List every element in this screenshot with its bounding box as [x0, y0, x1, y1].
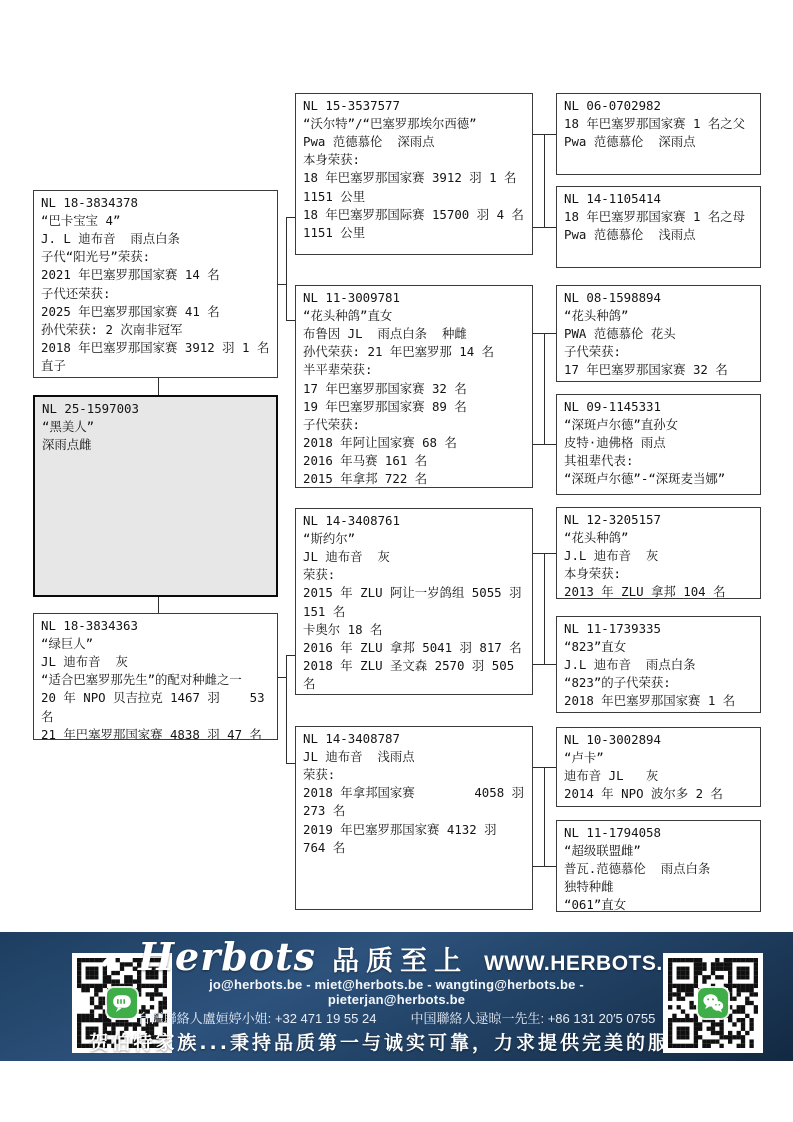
pedigree-text-line: 1151 公里 — [303, 188, 525, 206]
pedigree-text-line: J.L 迪布音 灰 — [564, 547, 753, 565]
ring-number: NL 11-1794058 — [564, 824, 753, 842]
pedigree-text-line: 18 年巴塞罗那国家赛 1 名之父 — [564, 115, 753, 133]
pedigree-text-line: 子代荣获: — [564, 343, 753, 361]
pedigree-text-line: 荣获: — [303, 766, 525, 784]
pedigree-text-line: “深斑卢尔德”-“深斑麦当娜” — [564, 470, 753, 488]
pedigree-text-line: “823”直女 — [564, 638, 753, 656]
pedigree-text-line: “巴卡宝宝 4” — [41, 212, 270, 230]
pedigree-text-line: 子代荣获: — [303, 416, 525, 434]
pedigree-text-line: 2018 年拿邦国家赛 4058 羽 273 名 — [303, 784, 525, 820]
pedigree-text-line: “823”的子代荣获: — [564, 674, 753, 692]
connector-line — [533, 227, 556, 228]
pedigree-text-line: 1151 公里 — [303, 224, 525, 242]
connector-line — [544, 134, 545, 228]
pedigree-text-line: 孙代荣获: 2 次南非冠军 — [41, 321, 270, 339]
connector-line — [533, 134, 556, 135]
ring-number: NL 09-1145331 — [564, 398, 753, 416]
pedigree-text-line: J. L 迪布音 雨点白条 — [41, 230, 270, 248]
pedigree-text-line: 2021 年巴塞罗那国家赛 14 名 — [41, 266, 270, 284]
ring-number: NL 08-1598894 — [564, 289, 753, 307]
footer-banner: Herbots 品质至上 WWW.HERBOTS.BE jo@herbots.b… — [0, 932, 793, 1061]
pedigree-box-sd-sire: NL 08-1598894“花头种鸽”PWA 范德慕伦 花头子代荣获:17 年巴… — [556, 285, 761, 382]
ring-number: NL 15-3537577 — [303, 97, 525, 115]
connector-line — [286, 763, 295, 764]
pedigree-text-line: 18 年巴塞罗那国际赛 15700 羽 4 名 — [303, 206, 525, 224]
connector-line — [286, 655, 287, 764]
pedigree-box-sd-dam: NL 09-1145331“深斑卢尔德”直孙女皮特·迪佛格 雨点其祖辈代表:“深… — [556, 394, 761, 495]
pedigree-text-line: Pwa 范德慕伦 深雨点 — [564, 133, 753, 151]
tagline-text: 品质至上 — [332, 948, 468, 975]
connector-line — [533, 767, 556, 768]
pedigree-text-line: 19 年巴塞罗那国家赛 89 名 — [303, 398, 525, 416]
footer-center: Herbots 品质至上 WWW.HERBOTS.BE jo@herbots.b… — [178, 938, 615, 1055]
contact-taiwan: 台灣聯絡人盧姮婷小姐: +32 471 19 55 24 — [138, 1008, 377, 1027]
pedigree-text-line: PWA 范德慕伦 花头 — [564, 325, 753, 343]
ring-number: NL 11-3009781 — [303, 289, 525, 307]
pedigree-text-line: 2019 年巴塞罗那国家赛 4132 羽 764 名 — [303, 821, 525, 857]
pedigree-text-line: 其祖辈代表: — [564, 452, 753, 470]
pedigree-text-line: 皮特·迪佛格 雨点 — [564, 434, 753, 452]
pedigree-text-line: 孙代荣获: 21 年巴塞罗那 14 名 — [303, 343, 525, 361]
pedigree-box-dd-sire: NL 10-3002894“卢卡”迪布音 JL 灰2014 年 NPO 波尔多 … — [556, 727, 761, 807]
pedigree-box-ss-dam: NL 14-110541418 年巴塞罗那国家赛 1 名之母Pwa 范德慕伦 浅… — [556, 186, 761, 268]
pedigree-text-line: 2018 年 ZLU 圣文森 2570 羽 505 名 — [303, 657, 525, 693]
ring-number: NL 14-1105414 — [564, 190, 753, 208]
pedigree-text-line: 2018 年巴塞罗那国家赛 3912 羽 1 名直子 — [41, 339, 270, 375]
brand-row: Herbots 品质至上 WWW.HERBOTS.BE — [100, 938, 693, 976]
pedigree-box-sire-sire: NL 15-3537577“沃尔特”/“巴塞罗那埃尔西德”Pwa 范德慕伦 深雨… — [295, 93, 533, 255]
pedigree-text-line: J.L 迪布音 雨点白条 — [564, 656, 753, 674]
pedigree-box-ds-sire: NL 12-3205157“花头种鸽”J.L 迪布音 灰本身荣获:2013 年 … — [556, 507, 761, 599]
pedigree-text-line: JL 迪布音 灰 — [41, 653, 270, 671]
pedigree-text-line: 波品纳 3778 羽 52 名 — [303, 693, 525, 695]
email-links[interactable]: jo@herbots.be - miet@herbots.be - wangti… — [178, 977, 615, 1007]
wechat-icon — [698, 988, 728, 1018]
ring-number: NL 06-0702982 — [564, 97, 753, 115]
pedigree-text-line: 17 年巴塞罗那国家赛 32 名 — [564, 361, 753, 379]
pedigree-text-line: 2016 年马赛 161 名 — [303, 452, 525, 470]
connector-line — [286, 217, 287, 321]
connector-line — [278, 677, 286, 678]
pedigree-text-line: “适合巴塞罗那先生”的配对种雌之一 — [41, 671, 270, 689]
pedigree-text-line: “卢卡” — [564, 749, 753, 767]
pedigree-text-line: Pwa 范德慕伦 浅雨点 — [564, 226, 753, 244]
pedigree-box-dam-sire: NL 14-3408761“斯约尔”JL 迪布音 灰荣获:2015 年 ZLU … — [295, 508, 533, 695]
pedigree-box-sire-dam: NL 11-3009781“花头种鸽”直女布鲁因 JL 雨点白条 种雌孙代荣获:… — [295, 285, 533, 488]
connector-line — [278, 284, 286, 285]
pedigree-text-line: “花头种鸽” — [564, 307, 753, 325]
connector-line — [544, 767, 545, 867]
pedigree-text-line: “花头种鸽”直女 — [303, 307, 525, 325]
bird-swash-icon — [100, 952, 128, 972]
pedigree-page: NL 18-3834378“巴卡宝宝 4”J. L 迪布音 雨点白条子代“阳光号… — [0, 0, 793, 1122]
pedigree-text-line: “061”直女 — [564, 896, 753, 912]
pedigree-text-line: 18 年巴塞罗那国家赛 3912 羽 1 名 — [303, 169, 525, 187]
contact-china: 中国聯絡人逯晾一先生: +86 131 20′5 0755 — [410, 1008, 655, 1027]
pedigree-text-line: 独特种雌 — [564, 878, 753, 896]
connector-line — [158, 378, 159, 395]
pedigree-text-line: “深斑卢尔德”直孙女 — [564, 416, 753, 434]
slogan-text: 贺伯特家族...秉持品质第一与诚实可靠，力求提供完美的服务! — [89, 1028, 703, 1055]
pedigree-text-line: 迪布音 JL 灰 — [564, 767, 753, 785]
connector-line — [533, 553, 556, 554]
connector-line — [533, 444, 556, 445]
ring-number: NL 18-3834378 — [41, 194, 270, 212]
connector-line — [533, 333, 556, 334]
connector-line — [533, 664, 556, 665]
ring-number: NL 11-1739335 — [564, 620, 753, 638]
pedigree-text-line: 普瓦.范德慕伦 雨点白条 — [564, 860, 753, 878]
pedigree-text-line: 2014 年 NPO 波尔多 2 名 — [564, 785, 753, 803]
pedigree-text-line: “花头种鸽” — [564, 529, 753, 547]
pedigree-box-dam-dam: NL 14-3408787JL 迪布音 浅雨点荣获:2018 年拿邦国家赛 40… — [295, 726, 533, 910]
ring-number: NL 25-1597003 — [42, 400, 269, 418]
pedigree-text-line: 本身荣获: — [564, 565, 753, 583]
connector-line — [286, 655, 295, 656]
pedigree-box-dd-dam: NL 11-1794058“超级联盟雌”普瓦.范德慕伦 雨点白条独特种雌“061… — [556, 820, 761, 912]
pedigree-text-line: 2015 年 ZLU 阿让一岁鸽组 5055 羽 151 名 — [303, 584, 525, 620]
pedigree-text-line: 20 年 NPO 贝吉拉克 1467 羽 53 名 — [41, 689, 270, 725]
connector-line — [544, 333, 545, 445]
ring-number: NL 12-3205157 — [564, 511, 753, 529]
line-app-icon — [107, 988, 137, 1018]
pedigree-text-line: “黑美人” — [42, 418, 269, 436]
herbots-logo: Herbots — [138, 938, 316, 976]
pedigree-text-line: 21 年巴塞罗那国家赛 4838 羽 47 名 — [41, 726, 270, 740]
pedigree-text-line: 17 年巴塞罗那国家赛 32 名 — [303, 380, 525, 398]
pedigree-box-sire: NL 18-3834378“巴卡宝宝 4”J. L 迪布音 雨点白条子代“阳光号… — [33, 190, 278, 378]
ring-number: NL 10-3002894 — [564, 731, 753, 749]
pedigree-box-dam: NL 18-3834363“绿巨人”JL 迪布音 灰“适合巴塞罗那先生”的配对种… — [33, 613, 278, 740]
pedigree-text-line: “绿巨人” — [41, 635, 270, 653]
pedigree-text-line: 卡奥尔 18 名 — [303, 621, 525, 639]
ring-number: NL 14-3408761 — [303, 512, 525, 530]
connector-line — [158, 597, 159, 613]
pedigree-text-line: “斯约尔” — [303, 530, 525, 548]
pedigree-text-line: 深雨点雌 — [42, 436, 269, 454]
pedigree-text-line: 2013 年 ZLU 拿邦 104 名 — [564, 583, 753, 599]
pedigree-text-line: “沃尔特”/“巴塞罗那埃尔西德” — [303, 115, 525, 133]
pedigree-text-line: 2018 年阿让国家赛 68 名 — [303, 434, 525, 452]
ring-number: NL 18-3834363 — [41, 617, 270, 635]
pedigree-text-line: 本身荣获: — [303, 151, 525, 169]
pedigree-text-line: 2016 年 ZLU 拿邦 5041 羽 817 名 — [303, 639, 525, 657]
pedigree-text-line: 半平辈荣获: — [303, 361, 525, 379]
pedigree-box-subject: NL 25-1597003“黑美人”深雨点雌 — [33, 395, 278, 597]
pedigree-text-line: “超级联盟雌” — [564, 842, 753, 860]
qr-code-right — [663, 953, 763, 1053]
pedigree-text-line: 2018 年巴塞罗那国家赛 1 名 — [564, 692, 753, 710]
pedigree-text-line: 子代“阳光号”荣获: — [41, 248, 270, 266]
website-link[interactable]: WWW.HERBOTS.BE — [484, 953, 693, 974]
ring-number: NL 14-3408787 — [303, 730, 525, 748]
pedigree-text-line: JL 迪布音 灰 — [303, 548, 525, 566]
contact-row: 台灣聯絡人盧姮婷小姐: +32 471 19 55 24 中国聯絡人逯晾一先生:… — [138, 1008, 656, 1027]
pedigree-text-line: 18 年巴塞罗那国家赛 1 名之母 — [564, 208, 753, 226]
pedigree-box-ds-dam: NL 11-1739335“823”直女J.L 迪布音 雨点白条“823”的子代… — [556, 616, 761, 713]
pedigree-text-line: 2015 年拿邦 722 名 — [303, 470, 525, 488]
pedigree-text-line: 荣获: — [303, 566, 525, 584]
pedigree-text-line: 子代还荣获: — [41, 285, 270, 303]
pedigree-text-line: JL 迪布音 浅雨点 — [303, 748, 525, 766]
pedigree-text-line: Pwa 范德慕伦 深雨点 — [303, 133, 525, 151]
connector-line — [533, 866, 556, 867]
connector-line — [544, 553, 545, 665]
connector-line — [286, 217, 295, 218]
pedigree-text-line: 2025 年巴塞罗那国家赛 41 名 — [41, 303, 270, 321]
pedigree-box-ss-sire: NL 06-070298218 年巴塞罗那国家赛 1 名之父Pwa 范德慕伦 深… — [556, 93, 761, 175]
connector-line — [286, 320, 295, 321]
pedigree-text-line: 布鲁因 JL 雨点白条 种雌 — [303, 325, 525, 343]
